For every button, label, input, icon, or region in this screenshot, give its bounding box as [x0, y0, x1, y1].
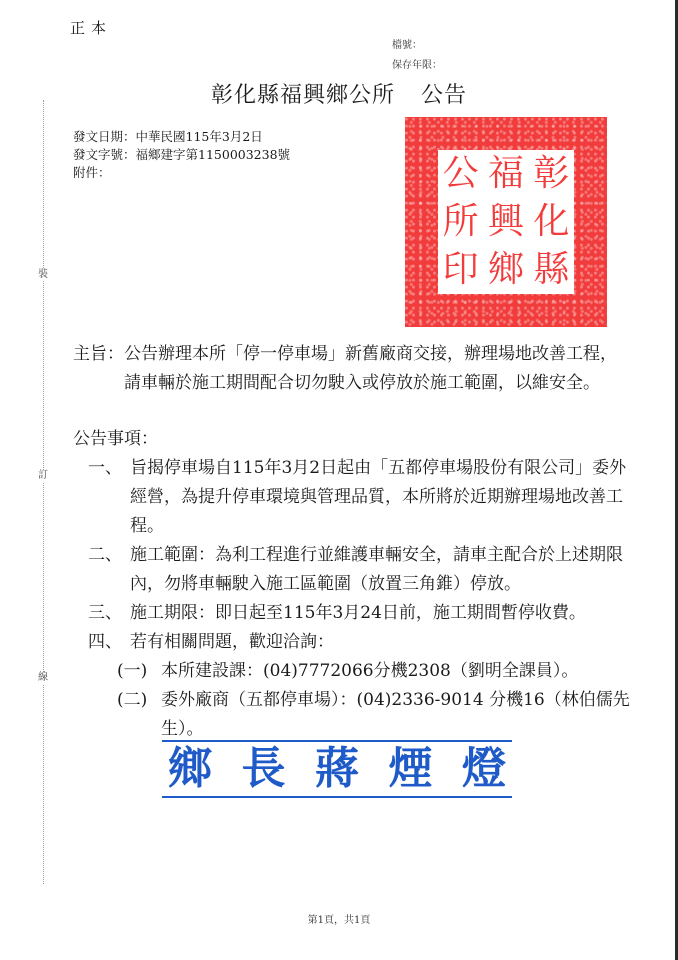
issue-number-row: 發文字號：福鄉建字第1150003238號	[73, 146, 290, 164]
announcement-item: 三、 施工期限：即日起至115年3月24日前，施工期間暫停收費。	[88, 599, 633, 628]
mayor-signature-stamp: 鄉 長 蔣 煙 燈	[162, 740, 512, 798]
retention-label: 保存年限：	[392, 56, 442, 76]
subject-label: 主旨：	[73, 340, 124, 398]
issue-date-value: 中華民國115年3月2日	[136, 129, 263, 144]
signature-char: 燈	[462, 742, 506, 796]
subject-section: 主旨： 公告辦理本所「停一停車場」新舊廠商交接，辦理場地改善工程，請車輛於施工期…	[73, 340, 633, 398]
issue-number-value: 福鄉建字第1150003238號	[136, 147, 291, 162]
issue-date-label: 發文日期：	[73, 129, 136, 144]
issue-number-label: 發文字號：	[73, 147, 136, 162]
contact-item: (二) 委外廠商（五都停車場）：(04)2336-9014 分機16（林伯儒先生…	[117, 686, 633, 744]
binding-mark-ding: 訂	[36, 470, 50, 482]
agency-name: 彰化縣福興鄉公所	[211, 83, 395, 108]
issue-info: 發文日期：中華民國115年3月2日 發文字號：福鄉建字第1150003238號 …	[73, 128, 290, 182]
seal-inner: 彰 化 縣 福 興 鄉 公 所 印	[438, 150, 574, 294]
sub-item-number: (二)	[117, 686, 161, 744]
issue-date-row: 發文日期：中華民國115年3月2日	[73, 128, 290, 146]
announcement-item: 二、 施工範圍：為利工程進行並維護車輛安全，請車主配合於上述期限內，勿將車輛駛入…	[88, 541, 633, 599]
item-text: 若有相關問題，歡迎洽詢：	[130, 628, 633, 657]
seal-char: 鄉	[483, 246, 528, 294]
file-number-label: 檔號：	[392, 36, 422, 56]
official-seal: 彰 化 縣 福 興 鄉 公 所 印	[405, 117, 607, 327]
seal-char: 彰	[529, 150, 574, 198]
item-text: 施工範圍：為利工程進行並維護車輛安全，請車主配合於上述期限內，勿將車輛駛入施工區…	[130, 541, 633, 599]
items-heading: 公告事項：	[73, 425, 158, 454]
announcement-item: 四、 若有相關問題，歡迎洽詢：	[88, 628, 633, 657]
signature-char: 煙	[389, 742, 433, 796]
announcement-item: 一、 旨揭停車場自115年3月2日起由「五都停車場股份有限公司」委外經營，為提升…	[88, 454, 633, 541]
signature-char: 蔣	[315, 742, 359, 796]
binding-line	[43, 100, 44, 884]
seal-char: 公	[438, 150, 483, 198]
seal-char: 化	[529, 198, 574, 246]
announcement-items: 一、 旨揭停車場自115年3月2日起由「五都停車場股份有限公司」委外經營，為提升…	[88, 454, 633, 744]
attachment-row: 附件：	[73, 164, 290, 182]
sub-item-number: (一)	[117, 657, 161, 686]
page-number: 第1頁，共1頁	[0, 911, 678, 926]
seal-char: 縣	[529, 246, 574, 294]
item-text: 施工期限：即日起至115年3月24日前，施工期間暫停收費。	[130, 599, 633, 628]
binding-mark-zhuang: 裝	[36, 269, 50, 281]
contact-sub-items: (一) 本所建設課：(04)7772066分機2308（劉明全課員）。 (二) …	[117, 657, 633, 744]
seal-char: 興	[483, 198, 528, 246]
seal-char: 福	[483, 150, 528, 198]
item-number: 四、	[88, 628, 130, 657]
file-meta: 檔號： 保存年限：	[392, 36, 442, 76]
signature-char: 長	[242, 742, 286, 796]
seal-char: 印	[438, 246, 483, 294]
item-number: 三、	[88, 599, 130, 628]
binding-mark-xian: 線	[36, 672, 50, 684]
sub-item-text: 本所建設課：(04)7772066分機2308（劉明全課員）。	[161, 657, 633, 686]
sub-item-text: 委外廠商（五都停車場）：(04)2336-9014 分機16（林伯儒先生）。	[161, 686, 633, 744]
attachment-label: 附件：	[73, 165, 111, 180]
seal-char: 所	[438, 198, 483, 246]
doc-type: 公告	[421, 83, 467, 108]
item-number: 一、	[88, 454, 130, 541]
signature-char: 鄉	[168, 742, 212, 796]
item-text: 旨揭停車場自115年3月2日起由「五都停車場股份有限公司」委外經營，為提升停車環…	[130, 454, 633, 541]
item-number: 二、	[88, 541, 130, 599]
subject-text: 公告辦理本所「停一停車場」新舊廠商交接，辦理場地改善工程，請車輛於施工期間配合切…	[124, 340, 633, 398]
contact-item: (一) 本所建設課：(04)7772066分機2308（劉明全課員）。	[117, 657, 633, 686]
document-title: 彰化縣福興鄉公所公告	[0, 78, 678, 109]
copy-type-label: 正本	[70, 17, 112, 38]
